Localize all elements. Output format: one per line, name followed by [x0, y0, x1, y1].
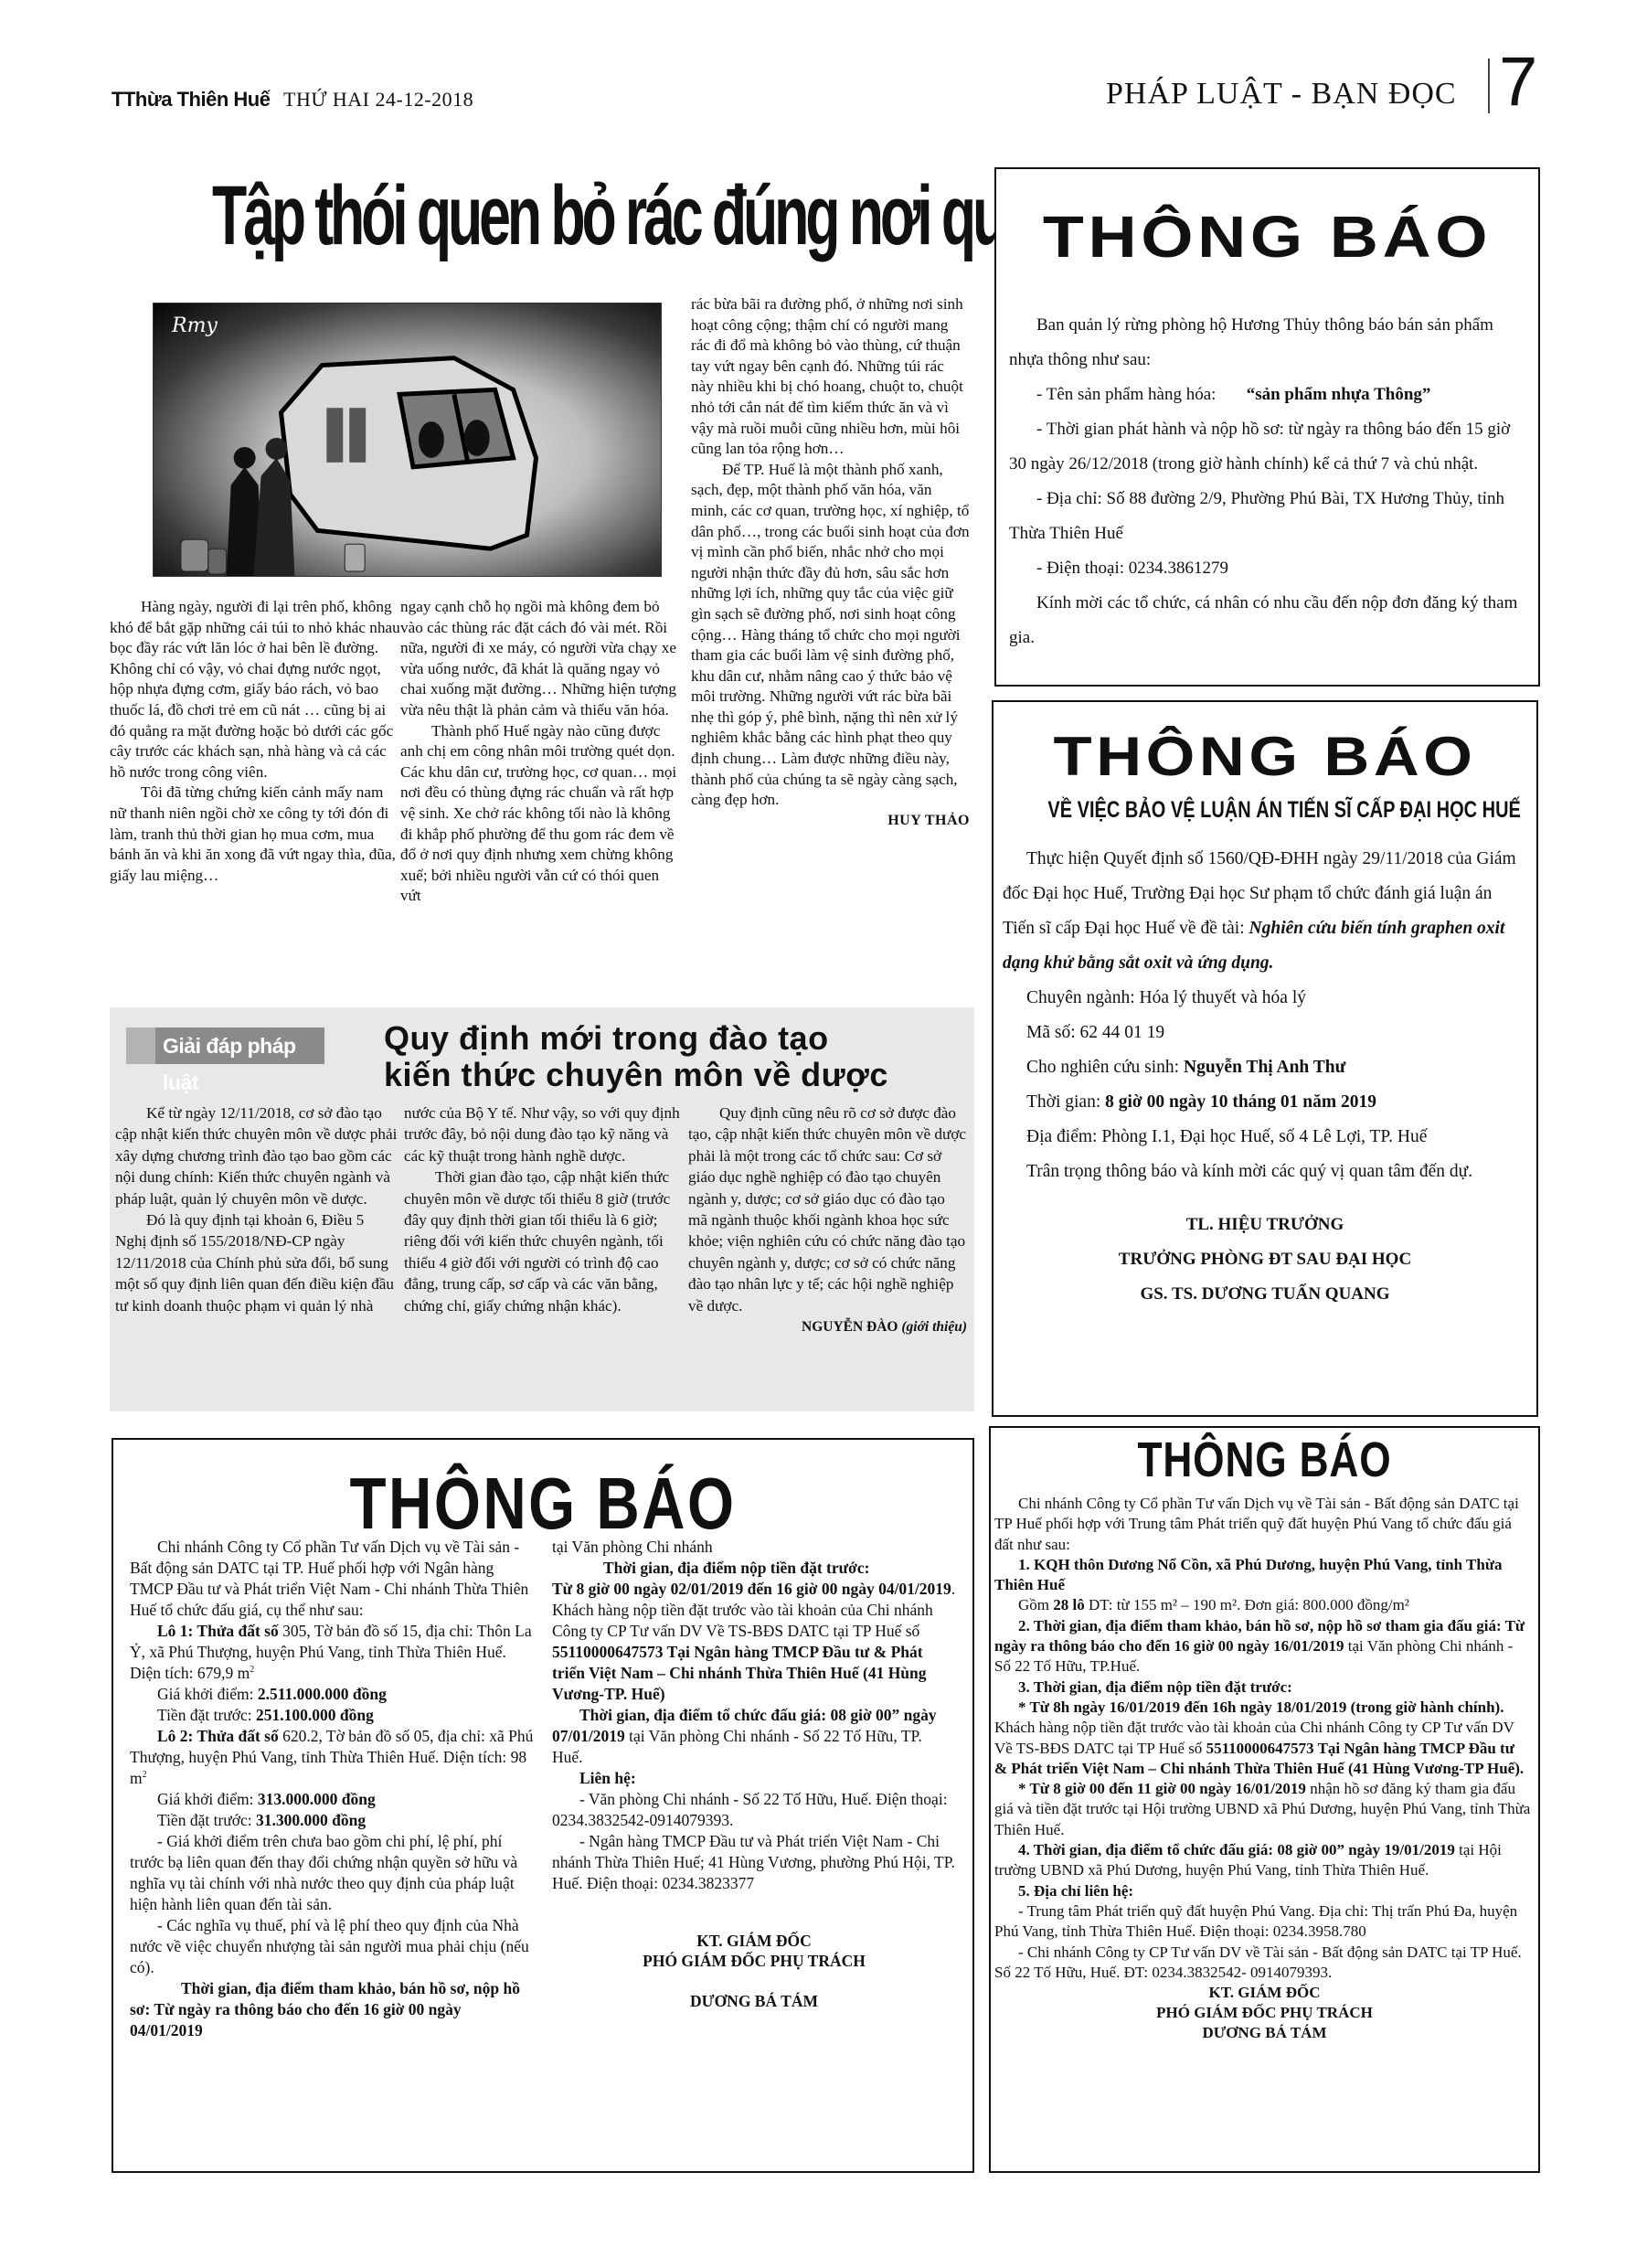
item-4: 4. Thời gian, địa điểm tổ chức đấu giá: … [994, 1840, 1531, 1881]
contact-2: - Ngân hàng TMCP Đầu tư và Phát triển Vi… [552, 1831, 956, 1894]
lot-1-deposit: Tiền đặt trước: 251.100.000 đồng [130, 1705, 534, 1726]
item-1-details: Gồm 28 lô DT: từ 155 m² – 190 m². Đơn gi… [994, 1595, 1531, 1615]
item-3b-bold: * Từ 8 giờ 00 đến 11 giờ 00 ngày 16/01/2… [1018, 1780, 1306, 1797]
notice-resin-sale: THÔNG BÁO Ban quản lý rừng phòng hộ Hươn… [994, 167, 1540, 687]
article-column-1: Hàng ngày, người đi lại trên phố, không … [110, 597, 400, 886]
contact-heading: Liên hệ: [552, 1768, 956, 1789]
signature-line-1: KT. GIÁM ĐỐC [991, 1983, 1538, 2003]
item-3a-bold: * Từ 8h ngày 16/01/2019 đến 16h ngày 18/… [1018, 1698, 1504, 1716]
notice-closing: Kính mời các tổ chức, cá nhân có nhu cầu… [1009, 586, 1518, 655]
price-label: Giá khởi điểm: [157, 1790, 258, 1808]
lot-2: Lô 2: Thửa đất số 620.2, Tờ bản đồ số 05… [130, 1726, 534, 1789]
deposit-label: Tiền đặt trước: [157, 1811, 256, 1829]
contact-2: - Chi nhánh Công ty CP Tư vấn DV về Tài … [994, 1943, 1531, 1984]
signature-line-2: TRƯỞNG PHÒNG ĐT SAU ĐẠI HỌC [994, 1242, 1536, 1277]
notice-subtitle: VỀ VIỆC BẢO VỆ LUẬN ÁN TIẾN SĨ CẤP ĐẠI H… [1047, 797, 1482, 824]
docs-period-bold: Thời gian, địa điểm tham khảo, bán hồ sơ… [130, 1979, 520, 2039]
price-value: 2.511.000.000 đồng [258, 1685, 387, 1703]
issue-date: THỨ HAI 24-12-2018 [283, 88, 473, 112]
qa-column-3: Quy định cũng nêu rõ cơ sở được đào tạo,… [688, 1102, 967, 1337]
notice-phone: - Điện thoại: 0234.3861279 [1009, 551, 1518, 586]
qa-section-tag: Giải đáp pháp luật [155, 1028, 324, 1064]
thesis-code: Mã số: 62 44 01 19 [1003, 1016, 1524, 1050]
notice-auction-land: THÔNG BÁO Chi nhánh Công ty Cổ phần Tư v… [989, 1426, 1540, 2173]
article-illustration: Rmy [153, 303, 662, 577]
notice-signature: KT. GIÁM ĐỐC PHÓ GIÁM ĐỐC PHỤ TRÁCH DƯƠN… [991, 1983, 1538, 2043]
signature-name: DƯƠNG BÁ TÁM [991, 2023, 1538, 2043]
deposit-heading-text: Thời gian, địa điểm nộp tiền đặt trước: [603, 1559, 869, 1577]
qa-byline-name: NGUYỄN ĐÀO [802, 1319, 898, 1335]
signature-line-2: PHÓ GIÁM ĐỐC PHỤ TRÁCH [552, 1951, 956, 1971]
thesis-venue: Địa điểm: Phòng I.1, Đại học Huế, số 4 L… [1003, 1120, 1524, 1155]
signature-name: DƯƠNG BÁ TÁM [552, 1991, 956, 2011]
item-1: 1. KQH thôn Dương Nổ Cồn, xã Phú Dương, … [994, 1555, 1531, 1596]
deposit-details: Từ 8 giờ 00 ngày 02/01/2019 đến 16 giờ 0… [552, 1579, 956, 1705]
legal-qa-box: Giải đáp pháp luật Quy định mới trong đà… [110, 1007, 974, 1411]
notice-signature: TL. HIỆU TRƯỞNG TRƯỞNG PHÒNG ĐT SAU ĐẠI … [994, 1208, 1536, 1312]
qa-paragraph: Kể từ ngày 12/11/2018, cơ sở đào tạo cập… [115, 1102, 398, 1209]
article-column-3: rác bừa bãi ra đường phố, ở những nơi si… [691, 294, 970, 831]
illustrator-signature: Rmy [172, 314, 218, 337]
notice-signature: KT. GIÁM ĐỐC PHÓ GIÁM ĐỐC PHỤ TRÁCH DƯƠN… [552, 1931, 956, 2011]
notice-column-1: Chi nhánh Công ty Cổ phần Tư vấn Dịch vụ… [130, 1537, 534, 2041]
notice-title: THÔNG BÁO [956, 208, 1579, 266]
lot-1-start-price: Giá khởi điểm: 2.511.000.000 đồng [130, 1684, 534, 1705]
article-paragraph: Hàng ngày, người đi lại trên phố, không … [110, 597, 400, 783]
notice-intro: Chi nhánh Công ty Cổ phần Tư vấn Dịch vụ… [130, 1537, 534, 1621]
deposit-value: 251.100.000 đồng [256, 1706, 374, 1724]
item-5-heading: 5. Địa chỉ liên hệ: [994, 1881, 1531, 1901]
notice-period: - Thời gian phát hành và nộp hồ sơ: từ n… [1009, 412, 1518, 482]
qa-headline: Quy định mới trong đào tạo kiến thức chu… [384, 1020, 969, 1093]
notice-body: Chi nhánh Công ty Cổ phần Tư vấn Dịch vụ… [994, 1494, 1531, 1983]
item-1-pre: Gồm [1018, 1596, 1053, 1613]
deposit-account: 55110000647573 Tại Ngân hàng TMCP Đầu tư… [552, 1643, 927, 1703]
note-fees: - Giá khởi điểm trên chưa bao gồm chi ph… [130, 1831, 534, 1915]
masthead: TThừa Thiên Huế [112, 88, 270, 112]
article-paragraph: Để TP. Huế là một thành phố xanh, sạch, … [691, 460, 970, 811]
notice-title: THÔNG BÁO [1040, 1435, 1489, 1485]
notice-product: - Tên sản phẩm hàng hóa: “sản phẩm nhựa … [1009, 378, 1518, 412]
header-divider [1488, 59, 1490, 113]
notice-title: THÔNG BÁO [191, 1467, 896, 1540]
qa-paragraph: Đó là quy định tại khoản 6, Điều 5 Nghị … [115, 1209, 398, 1316]
signature-line-1: TL. HIỆU TRƯỞNG [994, 1208, 1536, 1242]
thesis-time: Thời gian: 8 giờ 00 ngày 10 tháng 01 năm… [1003, 1085, 1524, 1120]
item-4-bold: 4. Thời gian, địa điểm tổ chức đấu giá: … [1018, 1841, 1455, 1858]
article-headline: Tập thói quen bỏ rác đúng nơi quy định [212, 174, 728, 258]
deposit-period: Từ 8 giờ 00 ngày 02/01/2019 đến 16 giờ 0… [552, 1580, 951, 1598]
docs-period: Thời gian, địa điểm tham khảo, bán hồ sơ… [130, 1978, 534, 2041]
qa-headline-line1: Quy định mới trong đào tạo [384, 1019, 829, 1057]
lot-2-label: Lô 2: Thửa đất số [157, 1727, 279, 1745]
item-3b: * Từ 8 giờ 00 đến 11 giờ 00 ngày 16/01/2… [994, 1779, 1531, 1840]
signature-name: GS. TS. DƯƠNG TUẤN QUANG [994, 1277, 1536, 1312]
thesis-candidate: Cho nghiên cứu sinh: Nguyễn Thị Anh Thư [1003, 1050, 1524, 1085]
lot-1: Lô 1: Thửa đất số 305, Tờ bản đồ số 15, … [130, 1621, 534, 1684]
product-value: “sản phẩm nhựa Thông” [1247, 385, 1431, 404]
item-3-heading-text: 3. Thời gian, địa điểm nộp tiền đặt trướ… [1018, 1678, 1292, 1696]
page-number: 7 [1499, 48, 1537, 117]
item-5-heading-text: 5. Địa chỉ liên hệ: [1018, 1882, 1133, 1900]
product-label: - Tên sản phẩm hàng hóa: [1036, 385, 1216, 404]
deposit-label: Tiền đặt trước: [157, 1706, 256, 1724]
contact-1: - Văn phòng Chi nhánh - Số 22 Tố Hữu, Hu… [552, 1789, 956, 1831]
bus-illustration-icon [154, 303, 661, 576]
price-label: Giá khởi điểm: [157, 1685, 258, 1703]
notice-columns: Chi nhánh Công ty Cổ phần Tư vấn Dịch vụ… [130, 1537, 956, 2041]
deposit-heading: Thời gian, địa điểm nộp tiền đặt trước: [552, 1558, 956, 1579]
item-1-text: DT: từ 155 m² – 190 m². Đơn giá: 800.000… [1085, 1596, 1409, 1613]
notice-thesis-defense: THÔNG BÁO VỀ VIỆC BẢO VỆ LUẬN ÁN TIẾN SĨ… [992, 700, 1538, 1417]
item-3-heading: 3. Thời gian, địa điểm nộp tiền đặt trướ… [994, 1677, 1531, 1698]
lot-1-label: Lô 1: Thửa đất số [157, 1622, 279, 1640]
time-value: 8 giờ 00 ngày 10 tháng 01 năm 2019 [1105, 1092, 1376, 1112]
signature-line-1: KT. GIÁM ĐỐC [552, 1931, 956, 1951]
notice-intro: Thực hiện Quyết định số 1560/QĐ-ĐHH ngày… [1003, 842, 1524, 981]
article-paragraph: Thành phố Huế ngày nào cũng được anh chị… [400, 721, 682, 907]
article-byline: HUY THẢO [691, 811, 970, 832]
qa-paragraph: nước của Bộ Y tế. Như vậy, so với quy đị… [404, 1102, 683, 1166]
notice-address: - Địa chỉ: Số 88 đường 2/9, Phường Phú B… [1009, 482, 1518, 551]
qa-headline-line2: kiến thức chuyên môn về dược [384, 1056, 888, 1093]
time-label: Thời gian: [1026, 1092, 1105, 1112]
item-3a: * Từ 8h ngày 16/01/2019 đến 16h ngày 18/… [994, 1698, 1531, 1779]
article-paragraph: Tôi đã từng chứng kiến cảnh mấy nam nữ t… [110, 783, 400, 886]
item-1-title: 1. KQH thôn Dương Nổ Cồn, xã Phú Dương, … [994, 1556, 1503, 1593]
candidate-name: Nguyễn Thị Anh Thư [1184, 1058, 1345, 1077]
lot-2-deposit: Tiền đặt trước: 31.300.000 đồng [130, 1810, 534, 1831]
notice-column-2: tại Văn phòng Chi nhánh Thời gian, địa đ… [552, 1537, 956, 2041]
item-1-lots: 28 lô [1053, 1596, 1084, 1613]
note-taxes: - Các nghĩa vụ thuế, phí và lệ phí theo … [130, 1915, 534, 1978]
qa-column-2: nước của Bộ Y tế. Như vậy, so với quy đị… [404, 1102, 683, 1316]
notice-auction-lots: THÔNG BÁO Chi nhánh Công ty Cổ phần Tư v… [112, 1438, 974, 2173]
notice-intro: Chi nhánh Công ty Cổ phần Tư vấn Dịch vụ… [994, 1494, 1531, 1555]
thesis-closing: Trân trọng thông báo và kính mời các quý… [1003, 1155, 1524, 1189]
notice-intro: Ban quản lý rừng phòng hộ Hương Thủy thô… [1009, 308, 1518, 378]
docs-location: tại Văn phòng Chi nhánh [552, 1537, 956, 1558]
qa-byline: NGUYỄN ĐÀO (giới thiệu) [688, 1316, 967, 1337]
qa-paragraph: Thời gian đào tạo, cập nhật kiến thức ch… [404, 1166, 683, 1316]
qa-column-1: Kể từ ngày 12/11/2018, cơ sở đào tạo cập… [115, 1102, 398, 1316]
price-value: 313.000.000 đồng [258, 1790, 376, 1808]
contact-heading-text: Liên hệ: [579, 1769, 636, 1787]
notice-body: Ban quản lý rừng phòng hộ Hương Thủy thô… [1009, 308, 1518, 655]
article-paragraph: rác bừa bãi ra đường phố, ở những nơi si… [691, 294, 970, 460]
thesis-major: Chuyên ngành: Hóa lý thuyết và hóa lý [1003, 981, 1524, 1016]
deposit-value: 31.300.000 đồng [256, 1811, 366, 1829]
lot-2-start-price: Giá khởi điểm: 313.000.000 đồng [130, 1789, 534, 1810]
notice-body: Thực hiện Quyết định số 1560/QĐ-ĐHH ngày… [1003, 842, 1524, 1189]
qa-paragraph: Quy định cũng nêu rõ cơ sở được đào tạo,… [688, 1102, 967, 1316]
section-name: PHÁP LUẬT - BẠN ĐỌC [1106, 77, 1457, 112]
contact-1: - Trung tâm Phát triển quỹ đất huyện Phú… [994, 1901, 1531, 1943]
signature-line-2: PHÓ GIÁM ĐỐC PHỤ TRÁCH [991, 2003, 1538, 2023]
auction-time: Thời gian, địa điểm tổ chức đấu giá: 08 … [552, 1705, 956, 1768]
item-2: 2. Thời gian, địa điểm tham khảo, bán hồ… [994, 1616, 1531, 1677]
notice-title: THÔNG BÁO [952, 729, 1577, 784]
qa-byline-note: (giới thiệu) [901, 1319, 967, 1335]
candidate-label: Cho nghiên cứu sinh: [1026, 1058, 1184, 1077]
article-column-2: ngay cạnh chỗ họ ngồi mà không đem bỏ và… [400, 597, 682, 907]
article-paragraph: ngay cạnh chỗ họ ngồi mà không đem bỏ và… [400, 597, 682, 721]
